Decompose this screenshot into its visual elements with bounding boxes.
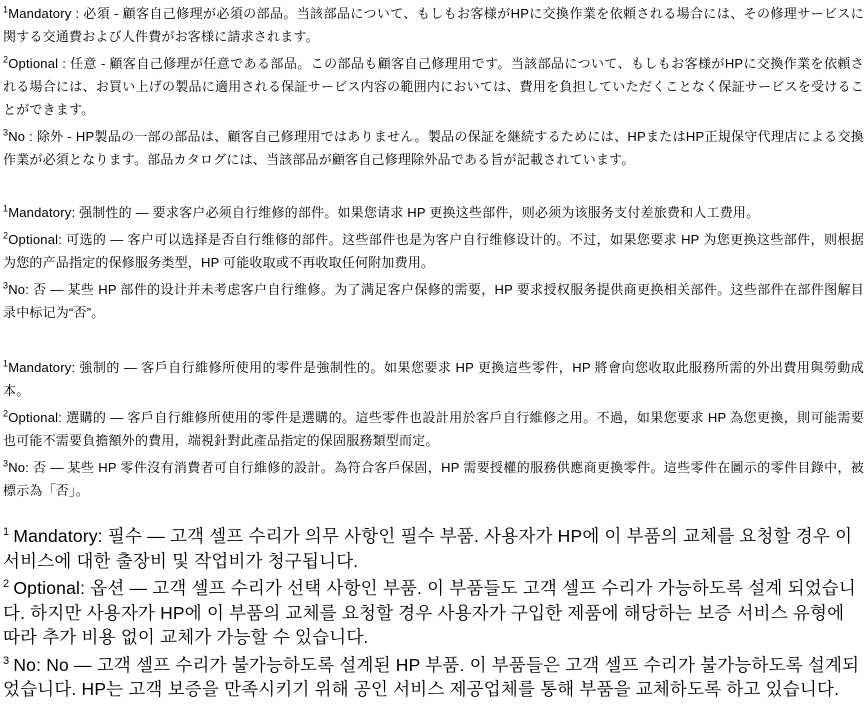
simplified-chinese-no-paragraph: 3No: 否 — 某些 HP 部件的设计并未考虑客户自行维修。为了满足客户保修的…: [3, 278, 864, 324]
simplified-chinese-optional-text: Optional: 可选的 — 客户可以选择是否自行维修的部件。这些部件也是为客…: [3, 232, 864, 270]
traditional-chinese-optional-paragraph: 2Optional: 選購的 — 客戶自行維修所使用的零件是選購的。這些零件也設…: [3, 406, 864, 452]
document-page: 1Mandatory : 必須 - 顧客自己修理が必須の部品。当該部品について、…: [0, 0, 866, 719]
korean-optional-text: Optional: 옵션 — 고객 셀프 수리가 선택 사항인 부품. 이 부품…: [3, 578, 856, 647]
traditional-chinese-mandatory-text: Mandatory: 強制的 — 客戶自行維修所使用的零件是強制性的。如果您要求…: [3, 360, 864, 398]
traditional-chinese-no-paragraph: 3No: 否 — 某些 HP 零件沒有消費者可自行維修的設計。為符合客戶保固，H…: [3, 456, 864, 502]
japanese-mandatory-text: Mandatory : 必須 - 顧客自己修理が必須の部品。当該部品について、も…: [3, 6, 864, 44]
traditional-chinese-footnotes-section: 1Mandatory: 強制的 — 客戶自行維修所使用的零件是強制性的。如果您要…: [3, 356, 864, 502]
korean-mandatory-text: Mandatory: 필수 — 고객 셀프 수리가 의무 사항인 필수 부품. …: [3, 526, 852, 571]
simplified-chinese-mandatory-text: Mandatory: 强制性的 — 要求客户必须自行维修的部件。如果您请求 HP…: [8, 205, 759, 220]
simplified-chinese-no-text: No: 否 — 某些 HP 部件的设计并未考虑客户自行维修。为了满足客户保修的需…: [3, 282, 864, 320]
japanese-no-text: No : 除外 - HP製品の一部の部品は、顧客自己修理用ではありません。製品の…: [3, 129, 864, 167]
korean-mandatory-paragraph: 1Mandatory: 필수 — 고객 셀프 수리가 의무 사항인 필수 부품.…: [3, 524, 864, 573]
korean-footnotes-section: 1Mandatory: 필수 — 고객 셀프 수리가 의무 사항인 필수 부품.…: [3, 524, 864, 702]
japanese-footnotes-section: 1Mandatory : 必須 - 顧客自己修理が必須の部品。当該部品について、…: [3, 2, 864, 171]
traditional-chinese-mandatory-paragraph: 1Mandatory: 強制的 — 客戶自行維修所使用的零件是強制性的。如果您要…: [3, 356, 864, 402]
japanese-optional-text: Optional : 任意 - 顧客自己修理が任意である部品。この部品も顧客自己…: [3, 56, 864, 117]
korean-no-paragraph: 3No: No — 고객 셀프 수리가 불가능하도록 설계된 HP 부품. 이 …: [3, 653, 864, 702]
footnote-marker-1: 1: [3, 526, 9, 538]
japanese-mandatory-paragraph: 1Mandatory : 必須 - 顧客自己修理が必須の部品。当該部品について、…: [3, 2, 864, 48]
traditional-chinese-optional-text: Optional: 選購的 — 客戶自行維修所使用的零件是選購的。這些零件也設計…: [3, 410, 864, 448]
simplified-chinese-footnotes-section: 1Mandatory: 强制性的 — 要求客户必须自行维修的部件。如果您请求 H…: [3, 201, 864, 324]
simplified-chinese-optional-paragraph: 2Optional: 可选的 — 客户可以选择是否自行维修的部件。这些部件也是为…: [3, 228, 864, 274]
korean-no-text: No: No — 고객 셀프 수리가 불가능하도록 설계된 HP 부품. 이 부…: [3, 655, 859, 700]
japanese-optional-paragraph: 2Optional : 任意 - 顧客自己修理が任意である部品。この部品も顧客自…: [3, 52, 864, 121]
korean-optional-paragraph: 2Optional: 옵션 — 고객 셀프 수리가 선택 사항인 부품. 이 부…: [3, 576, 864, 650]
japanese-no-paragraph: 3No : 除外 - HP製品の一部の部品は、顧客自己修理用ではありません。製品…: [3, 125, 864, 171]
footnote-marker-2: 2: [3, 578, 9, 590]
traditional-chinese-no-text: No: 否 — 某些 HP 零件沒有消費者可自行維修的設計。為符合客戶保固，HP…: [3, 460, 864, 498]
footnote-marker-3: 3: [3, 655, 9, 667]
simplified-chinese-mandatory-paragraph: 1Mandatory: 强制性的 — 要求客户必须自行维修的部件。如果您请求 H…: [3, 201, 864, 224]
